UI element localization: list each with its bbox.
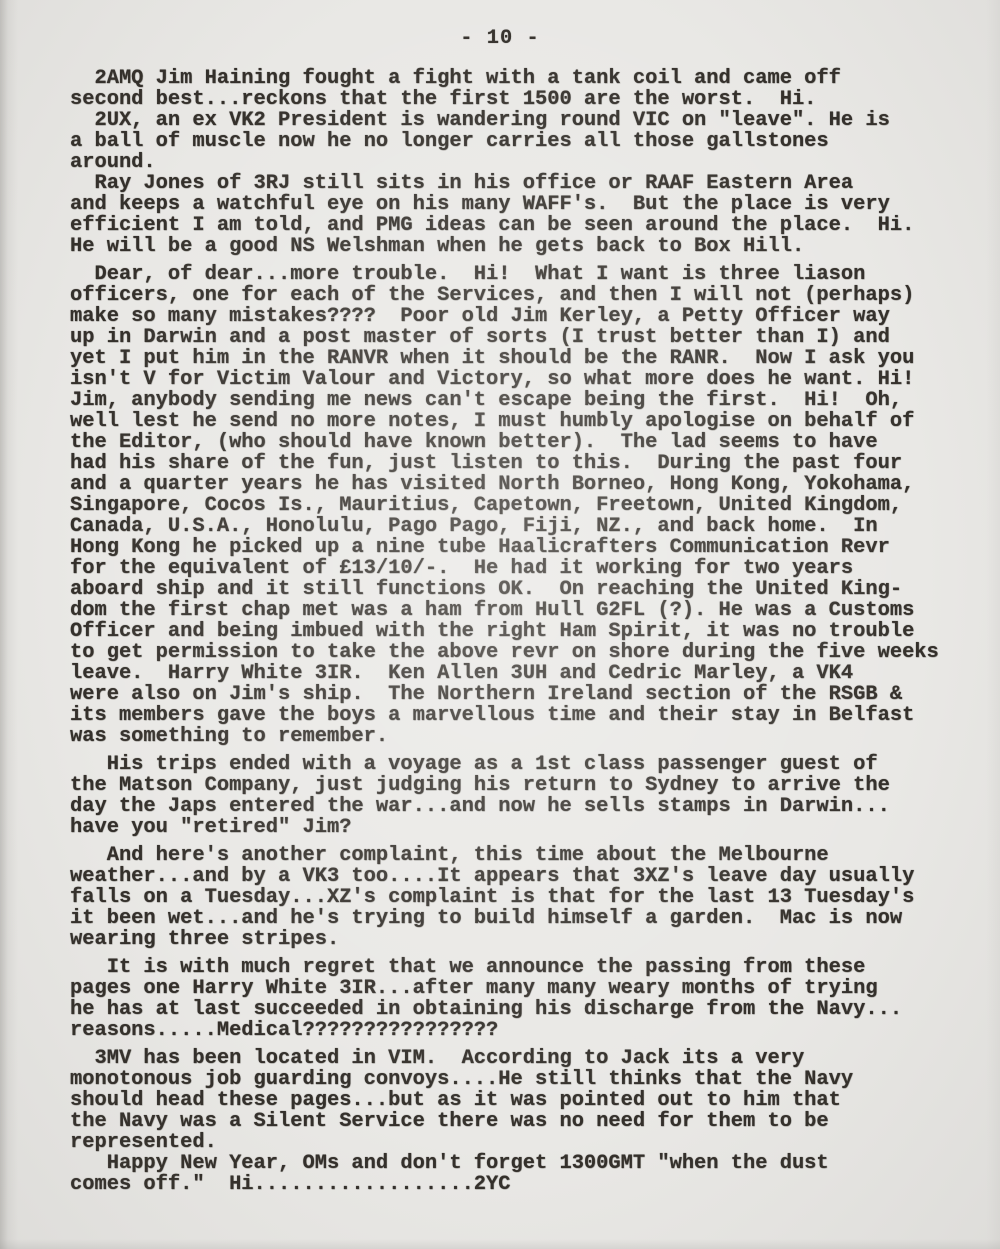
text-line: should head these pages...but as it was … (70, 1090, 960, 1111)
text-line: Ray Jones of 3RJ still sits in his offic… (70, 173, 960, 194)
text-line: isn't V for Victim Valour and Victory, s… (70, 369, 960, 390)
text-line: had his share of the fun, just listen to… (70, 453, 960, 474)
text-line: Officer and being imbued with the right … (70, 621, 960, 642)
paragraph: 3MV has been located in VIM. According t… (70, 1048, 960, 1153)
text-line: Happy New Year, OMs and don't forget 130… (70, 1153, 960, 1174)
text-line: was something to remember. (70, 726, 960, 747)
text-line: well lest he send no more notes, I must … (70, 411, 960, 432)
text-line: Singapore, Cocos Is., Mauritius, Capetow… (70, 495, 960, 516)
paragraph: Ray Jones of 3RJ still sits in his offic… (70, 173, 960, 257)
text-line: 2AMQ Jim Haining fought a fight with a t… (70, 68, 960, 89)
text-line: were also on Jim's ship. The Northern Ir… (70, 684, 960, 705)
paragraph: Dear, of dear...more trouble. Hi! What I… (70, 264, 960, 747)
text-line: it been wet...and he's trying to build h… (70, 908, 960, 929)
text-line: comes off." Hi..................2YC (70, 1174, 960, 1195)
page-text-body: 2AMQ Jim Haining fought a fight with a t… (70, 68, 960, 1195)
text-line: 2UX, an ex VK2 President is wandering ro… (70, 110, 960, 131)
text-line: weather...and by a VK3 too....It appears… (70, 866, 960, 887)
paragraph: 2AMQ Jim Haining fought a fight with a t… (70, 68, 960, 110)
text-line: for the equivalent of £13/10/-. He had i… (70, 558, 960, 579)
text-line: to get permission to take the above revr… (70, 642, 960, 663)
text-line: its members gave the boys a marvellous t… (70, 705, 960, 726)
text-line: represented. (70, 1132, 960, 1153)
text-line: And here's another complaint, this time … (70, 845, 960, 866)
text-line: up in Darwin and a post master of sorts … (70, 327, 960, 348)
text-line: Canada, U.S.A., Honolulu, Pago Pago, Fij… (70, 516, 960, 537)
text-line: pages one Harry White 3IR...after many m… (70, 978, 960, 999)
paragraph: His trips ended with a voyage as a 1st c… (70, 754, 960, 838)
text-line: It is with much regret that we announce … (70, 957, 960, 978)
paragraph: Happy New Year, OMs and don't forget 130… (70, 1153, 960, 1195)
paragraph: It is with much regret that we announce … (70, 957, 960, 1041)
text-line: and a quarter years he has visited North… (70, 474, 960, 495)
text-line: dom the first chap met was a ham from Hu… (70, 600, 960, 621)
text-line: day the Japs entered the war...and now h… (70, 796, 960, 817)
text-line: and keeps a watchful eye on his many WAF… (70, 194, 960, 215)
text-line: His trips ended with a voyage as a 1st c… (70, 754, 960, 775)
text-line: he has at last succeeded in obtaining hi… (70, 999, 960, 1020)
page-number: - 10 - (70, 28, 930, 49)
text-line: a ball of muscle now he no longer carrie… (70, 131, 960, 152)
paragraph: And here's another complaint, this time … (70, 845, 960, 950)
text-line: monotonous job guarding convoys....He st… (70, 1069, 960, 1090)
text-line: Jim, anybody sending me news can't escap… (70, 390, 960, 411)
text-line: the Matson Company, just judging his ret… (70, 775, 960, 796)
document-page: - 10 - 2AMQ Jim Haining fought a fight w… (0, 0, 1000, 1249)
text-line: Hong Kong he picked up a nine tube Haali… (70, 537, 960, 558)
text-line: aboard ship and it still functions OK. O… (70, 579, 960, 600)
text-line: officers, one for each of the Services, … (70, 285, 960, 306)
text-line: second best...reckons that the first 150… (70, 89, 960, 110)
paragraph: 2UX, an ex VK2 President is wandering ro… (70, 110, 960, 173)
text-line: He will be a good NS Welshman when he ge… (70, 236, 960, 257)
text-line: yet I put him in the RANVR when it shoul… (70, 348, 960, 369)
text-line: Dear, of dear...more trouble. Hi! What I… (70, 264, 960, 285)
text-line: efficient I am told, and PMG ideas can b… (70, 215, 960, 236)
text-line: falls on a Tuesday...XZ's complaint is t… (70, 887, 960, 908)
text-line: reasons.....Medical???????????????? (70, 1020, 960, 1041)
text-line: the Navy was a Silent Service there was … (70, 1111, 960, 1132)
text-line: 3MV has been located in VIM. According t… (70, 1048, 960, 1069)
text-line: around. (70, 152, 960, 173)
text-line: wearing three stripes. (70, 929, 960, 950)
text-line: the Editor, (who should have known bette… (70, 432, 960, 453)
text-line: make so many mistakes???? Poor old Jim K… (70, 306, 960, 327)
text-line: have you "retired" Jim? (70, 817, 960, 838)
text-line: leave. Harry White 3IR. Ken Allen 3UH an… (70, 663, 960, 684)
